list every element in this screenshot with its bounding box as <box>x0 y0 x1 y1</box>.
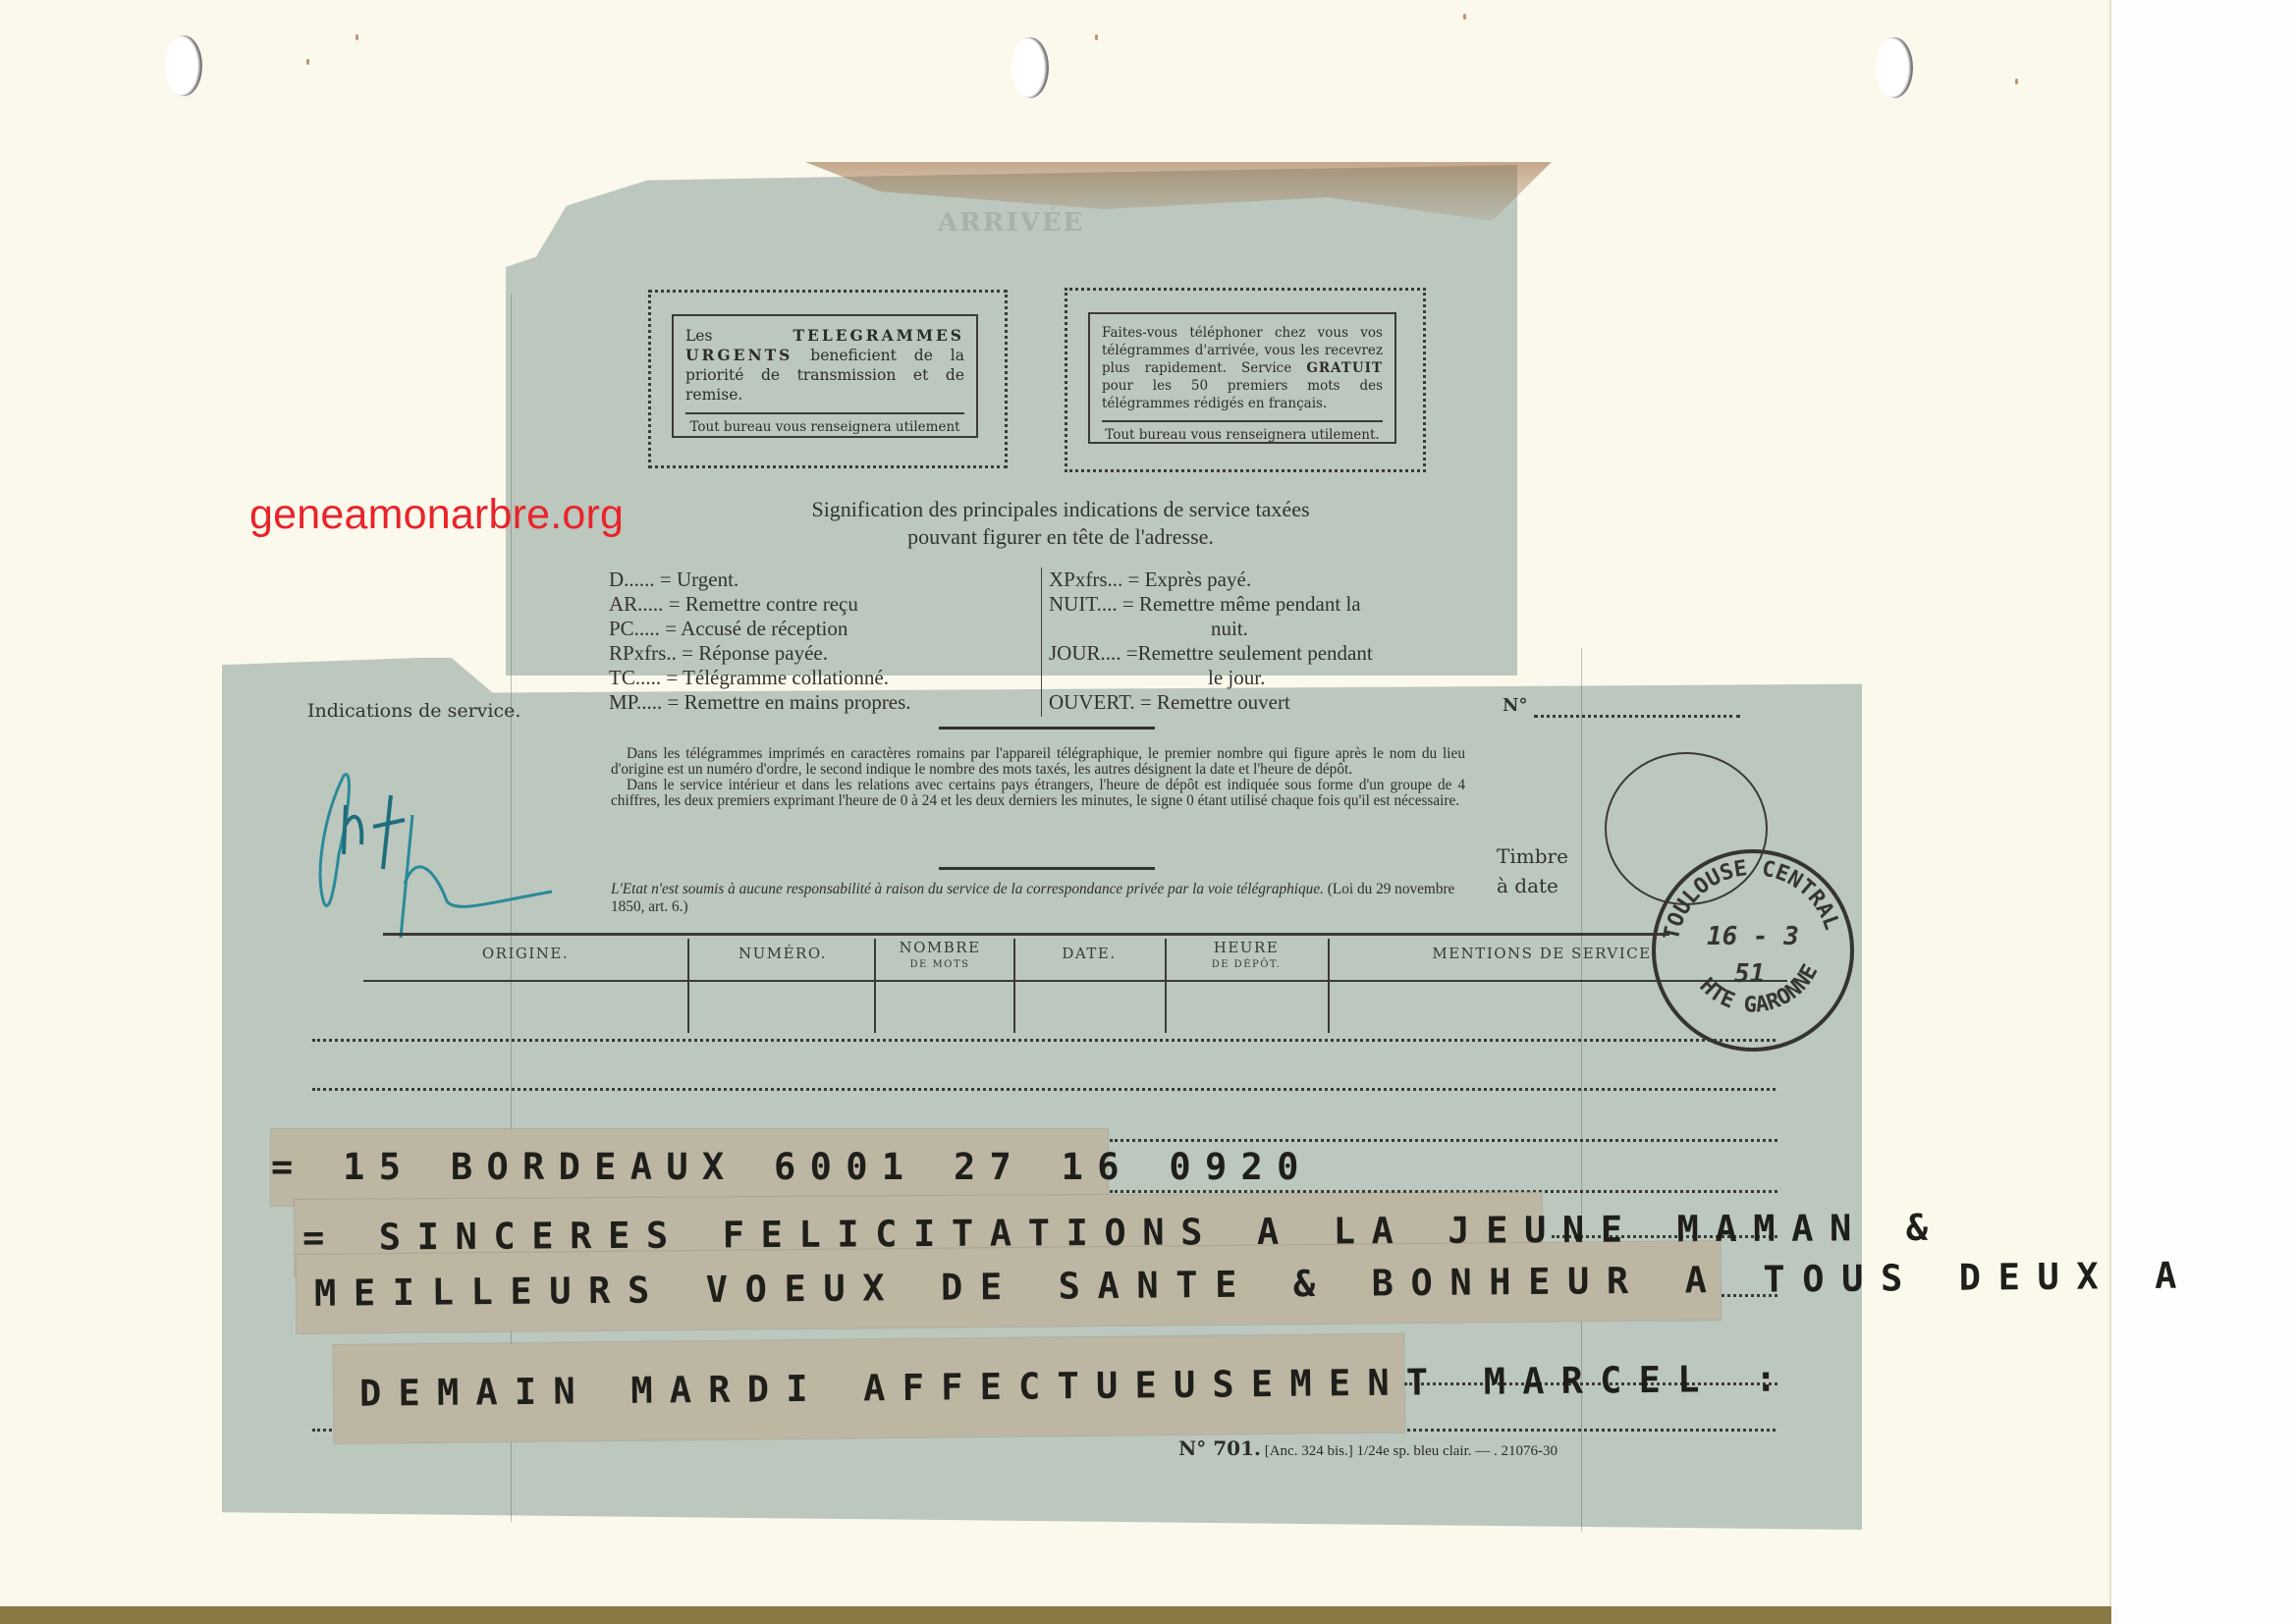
faded-header: ARRIVÉE <box>938 208 1084 238</box>
meaning: = Urgent. <box>660 568 738 591</box>
meaning: = Remettre même pendant la <box>1122 592 1361 616</box>
form-number-bold: N° 701. <box>1178 1436 1261 1460</box>
code: D...... <box>609 568 655 592</box>
meaning: = Accusé de réception <box>665 617 847 640</box>
postmark-year: 51 <box>1734 959 1765 989</box>
col-label: ORIGINE. <box>482 945 569 962</box>
code: NUIT.... <box>1049 592 1118 617</box>
address-line <box>312 1039 1776 1042</box>
meaning: = Télégramme collationné. <box>666 666 889 689</box>
heading-line: Signification des principales indication… <box>678 496 1444 523</box>
foxing-spot <box>1463 14 1466 20</box>
service-codes-left: D...... = Urgent. AR..... = Remettre con… <box>609 568 1041 715</box>
col-sublabel: DE DÉPÔT. <box>1167 959 1326 970</box>
handwritten-initials-icon <box>304 756 560 943</box>
legend-row: nuit. <box>1049 617 1481 641</box>
number-label: N° <box>1503 695 1527 716</box>
code: PC..... <box>609 617 660 641</box>
divider <box>939 867 1155 870</box>
code: JOUR.... <box>1049 641 1121 666</box>
col-label: DATE. <box>1062 945 1116 962</box>
code: AR..... <box>609 592 663 617</box>
message-strip-header: = 15 BORDEAUX 6001 27 16 0920 <box>271 1129 1108 1206</box>
meaning: le jour. <box>1208 666 1265 689</box>
paragraph: Dans les télégrammes imprimés en caractè… <box>611 746 1465 778</box>
col-sublabel: DE MOTS <box>876 959 1004 970</box>
paragraph: Dans le service intérieur et dans les re… <box>611 778 1465 809</box>
punch-hole-left <box>165 35 202 96</box>
code: MP..... <box>609 690 662 715</box>
col-heure-de-depot: HEUREDE DÉPÔT. <box>1167 939 1326 970</box>
meaning: nuit. <box>1211 617 1248 640</box>
legend-row: MP..... = Remettre en mains propres. <box>609 690 1041 715</box>
col-label: MENTIONS DE SERVICE <box>1432 945 1651 962</box>
code: XPxfrs... <box>1049 568 1122 592</box>
code: TC..... <box>609 666 661 690</box>
box-emphasis: URGENTS <box>685 346 793 364</box>
legend-row: PC..... = Accusé de réception <box>609 617 1041 641</box>
postmark-date: 16 - 3 <box>1707 922 1799 951</box>
box-text: pour les 50 premiers mots des télégramme… <box>1102 378 1383 411</box>
meaning: = Réponse payée. <box>682 641 828 665</box>
address-line <box>312 1088 1776 1091</box>
table-header-rule <box>363 980 1787 982</box>
box-emphasis: TELEGRAMMES <box>793 326 964 345</box>
col-separator <box>1328 939 1330 1033</box>
meaning: = Remettre ouvert <box>1140 690 1290 714</box>
meaning: = Exprès payé. <box>1128 568 1252 591</box>
number-field-line <box>1534 715 1740 718</box>
box-footer: Tout bureau vous renseignera utilement. <box>1102 420 1383 443</box>
watermark: geneamonarbre.org <box>249 491 624 539</box>
meaning: = Remettre contre reçu <box>669 592 858 616</box>
col-origine: ORIGINE. <box>363 945 687 962</box>
col-nombre-de-mots: NOMBREDE MOTS <box>876 939 1004 970</box>
punch-hole-right <box>1876 37 1913 98</box>
divider <box>939 727 1155 730</box>
legend-row: le jour. <box>1049 666 1481 690</box>
legend-row: OUVERT. = Remettre ouvert <box>1049 690 1481 715</box>
signification-heading: Signification des principales indication… <box>678 496 1444 551</box>
box-text: Les <box>685 327 712 345</box>
form-number: N° 701. [Anc. 324 bis.] 1/24e sp. bleu c… <box>1178 1436 1558 1460</box>
col-numero: NUMÉRO. <box>689 945 876 962</box>
col-label: HEURE <box>1214 939 1279 956</box>
message-strip-line-3: DEMAIN MARDI AFFECTUEUSEMENT MARCEL : <box>333 1334 1404 1443</box>
explanatory-text: Dans les télégrammes imprimés en caractè… <box>611 746 1465 809</box>
box-emphasis: GRATUIT <box>1306 360 1383 376</box>
foxing-spot <box>1095 34 1098 40</box>
legend-row: XPxfrs... = Exprès payé. <box>1049 568 1481 592</box>
strip-text: MEILLEURS VOEUX DE SANTE & BONHEUR A TOU… <box>297 1236 2195 1333</box>
timbre-a-date-label: Timbre à date <box>1497 841 1568 900</box>
col-label: NUMÉRO. <box>738 945 827 962</box>
telephone-info-box: Faites-vous téléphoner chez vous vos tél… <box>1088 312 1396 444</box>
timbre-line: à date <box>1497 871 1568 900</box>
foxing-spot <box>306 59 309 65</box>
legend-row: RPxfrs.. = Réponse payée. <box>609 641 1041 666</box>
heading-line: pouvant figurer en tête de l'adresse. <box>678 523 1444 551</box>
legend-row: AR..... = Remettre contre reçu <box>609 592 1041 617</box>
table-top-rule <box>383 933 1669 936</box>
punch-hole-center <box>1011 37 1049 98</box>
form-number-details: [Anc. 324 bis.] 1/24e sp. bleu clair. — … <box>1265 1443 1558 1459</box>
legend-row: JOUR.... =Remettre seulement pendant <box>1049 641 1481 666</box>
col-date: DATE. <box>1015 945 1163 962</box>
code: OUVERT. <box>1049 690 1135 715</box>
col-label: NOMBRE <box>899 939 980 956</box>
legend-row: TC..... = Télégramme collationné. <box>609 666 1041 690</box>
foxing-spot <box>355 34 358 40</box>
legal-note-text: L'Etat n'est soumis à aucune responsabil… <box>611 881 1324 897</box>
indications-de-service-label: Indications de service. <box>307 700 520 722</box>
album-bottom-band <box>0 1606 2111 1624</box>
message-strip-line-2: MEILLEURS VOEUX DE SANTE & BONHEUR A TOU… <box>297 1241 1722 1333</box>
code: RPxfrs.. <box>609 641 677 666</box>
postmark-stamp: TOULOUSE CENTRAL HTE GARONNE 16 - 3 51 <box>1652 849 1854 1052</box>
scan-right-margin <box>2111 0 2296 1624</box>
legend-row: D...... = Urgent. <box>609 568 1041 592</box>
legend-divider <box>1041 568 1042 717</box>
timbre-line: Timbre <box>1497 841 1568 871</box>
urgent-info-box: Les TELEGRAMMES URGENTS beneficient de l… <box>672 314 978 438</box>
legal-note: L'Etat n'est soumis à aucune responsabil… <box>611 881 1465 916</box>
box-footer: Tout bureau vous renseignera utilement <box>685 412 964 435</box>
strip-text: DEMAIN MARDI AFFECTUEUSEMENT MARCEL : <box>333 1329 1794 1443</box>
meaning: = Remettre en mains propres. <box>668 690 911 714</box>
service-codes-right: XPxfrs... = Exprès payé. NUIT.... = Reme… <box>1049 568 1481 715</box>
meaning: =Remettre seulement pendant <box>1126 641 1373 665</box>
album-page-edge <box>2109 0 2111 1624</box>
foxing-spot <box>2015 79 2018 84</box>
legend-row: NUIT.... = Remettre même pendant la <box>1049 592 1481 617</box>
